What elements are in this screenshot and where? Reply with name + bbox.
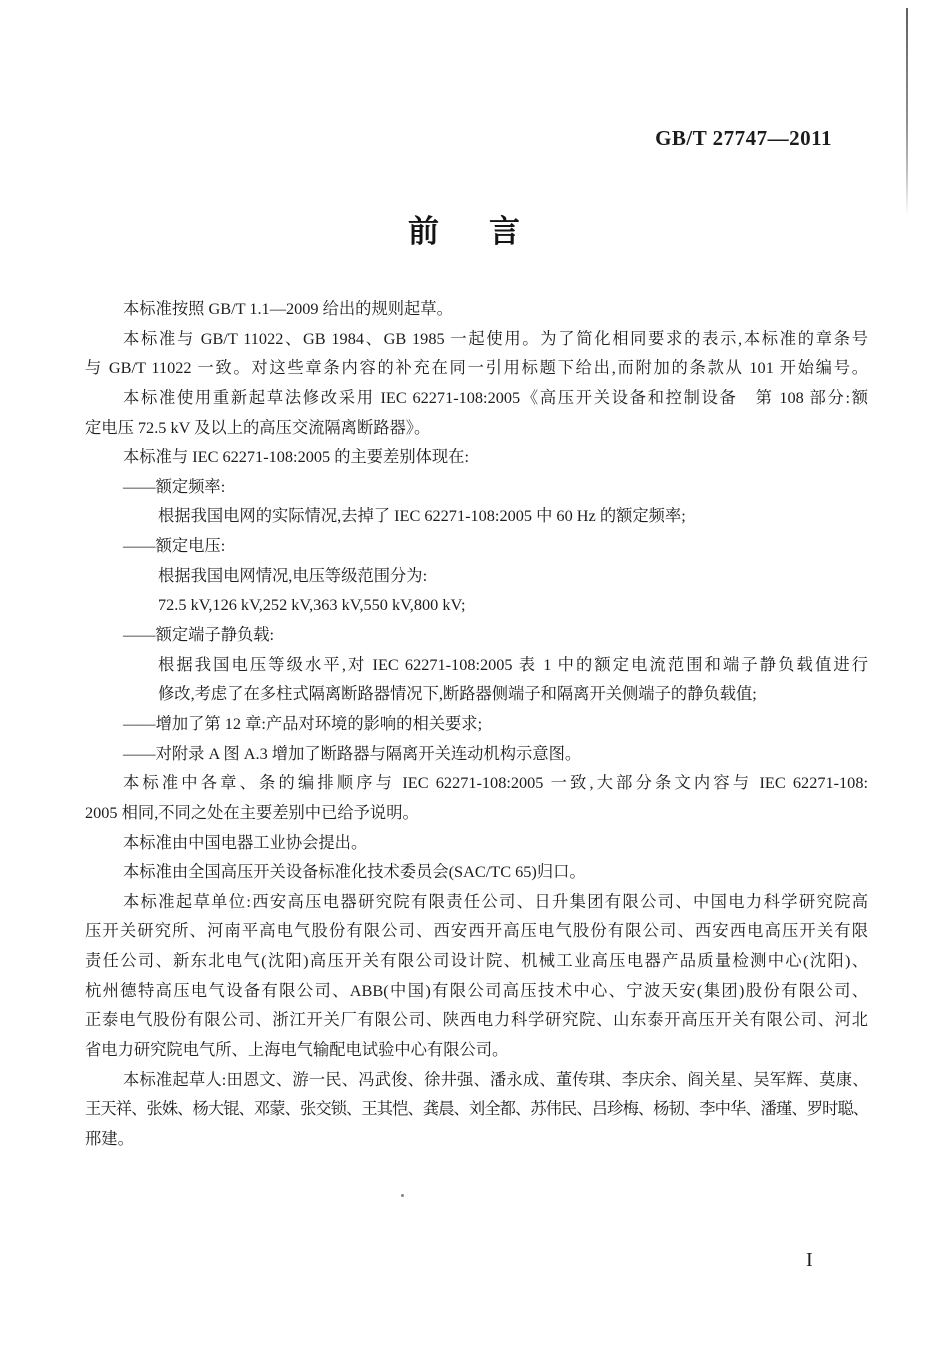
foreword-line: 本标准按照 GB/T 1.1—2009 给出的规则起草。 — [85, 294, 868, 324]
foreword-line: 根据我国电网情况,电压等级范围分为: — [85, 561, 868, 591]
foreword-line: 省电力研究院电气所、上海电气输配电试验中心有限公司。 — [85, 1035, 868, 1065]
foreword-line: 责任公司、新东北电气(沈阳)高压开关有限公司设计院、机械工业高压电器产品质量检测… — [85, 946, 868, 976]
foreword-line: 本标准由全国高压开关设备标准化技术委员会(SAC/TC 65)归口。 — [85, 857, 868, 887]
foreword-line: ——额定频率: — [85, 472, 868, 502]
foreword-line: 本标准使用重新起草法修改采用 IEC 62271-108:2005《高压开关设备… — [85, 383, 868, 413]
foreword-line: 72.5 kV,126 kV,252 kV,363 kV,550 kV,800 … — [85, 590, 868, 620]
document-page: GB/T 27747—2011 前 言 本标准按照 GB/T 1.1—2009 … — [0, 0, 950, 1345]
foreword-line: 2005 相同,不同之处在主要差别中已给予说明。 — [85, 798, 868, 828]
foreword-line: 邢建。 — [85, 1124, 868, 1154]
foreword-line: 本标准起草单位:西安高压电器研究院有限责任公司、日升集团有限公司、中国电力科学研… — [85, 887, 868, 917]
foreword-line: 根据我国电网的实际情况,去掉了 IEC 62271-108:2005 中 60 … — [85, 501, 868, 531]
foreword-line: 定电压 72.5 kV 及以上的高压交流隔离断路器》。 — [85, 413, 868, 443]
title-char-1: 前 — [408, 206, 439, 251]
foreword-line: 压开关研究所、河南平高电气股份有限公司、西安西开高压电气股份有限公司、西安西电高… — [85, 916, 868, 946]
foreword-line: 本标准与 IEC 62271-108:2005 的主要差别体现在: — [85, 442, 868, 472]
title-char-2: 言 — [489, 206, 520, 251]
foreword-line: 杭州德特高压电气设备有限公司、ABB(中国)有限公司高压技术中心、宁波天安(集团… — [85, 976, 868, 1006]
foreword-line: 根据我国电压等级水平,对 IEC 62271-108:2005 表 1 中的额定… — [85, 650, 868, 680]
foreword-line: 王天祥、张姝、杨大锟、邓蒙、张交锁、王其恺、龚晨、刘全都、苏伟民、吕珍梅、杨韧、… — [85, 1094, 868, 1124]
foreword-line: 本标准中各章、条的编排顺序与 IEC 62271-108:2005 一致,大部分… — [85, 768, 868, 798]
page-number: I — [806, 1249, 813, 1272]
foreword-line: 正泰电气股份有限公司、浙江开关厂有限公司、陕西电力科学研究院、山东泰开高压开关有… — [85, 1005, 868, 1035]
foreword-line: ——增加了第 12 章:产品对环境的影响的相关要求; — [85, 709, 868, 739]
standard-number: GB/T 27747—2011 — [655, 126, 832, 151]
foreword-line: 本标准与 GB/T 11022、GB 1984、GB 1985 一起使用。为了简… — [85, 324, 868, 354]
foreword-line: 与 GB/T 11022 一致。对这些章条内容的补充在同一引用标题下给出,而附加… — [85, 353, 868, 383]
scan-artifact-dot — [401, 1194, 404, 1197]
foreword-body: 本标准按照 GB/T 1.1—2009 给出的规则起草。本标准与 GB/T 11… — [85, 294, 868, 1154]
foreword-line: 修改,考虑了在多柱式隔离断路器情况下,断路器侧端子和隔离开关侧端子的静负载值; — [85, 679, 868, 709]
foreword-line: ——对附录 A 图 A.3 增加了断路器与隔离开关连动机构示意图。 — [85, 739, 868, 769]
foreword-line: 本标准起草人:田恩文、游一民、冯武俊、徐井强、潘永成、董传琪、李庆余、阎关星、吴… — [85, 1065, 868, 1095]
scan-artifact-line — [906, 8, 908, 216]
foreword-line: ——额定端子静负载: — [85, 620, 868, 650]
page-title: 前 言 — [0, 206, 939, 251]
foreword-line: 本标准由中国电器工业协会提出。 — [85, 828, 868, 858]
foreword-line: ——额定电压: — [85, 531, 868, 561]
